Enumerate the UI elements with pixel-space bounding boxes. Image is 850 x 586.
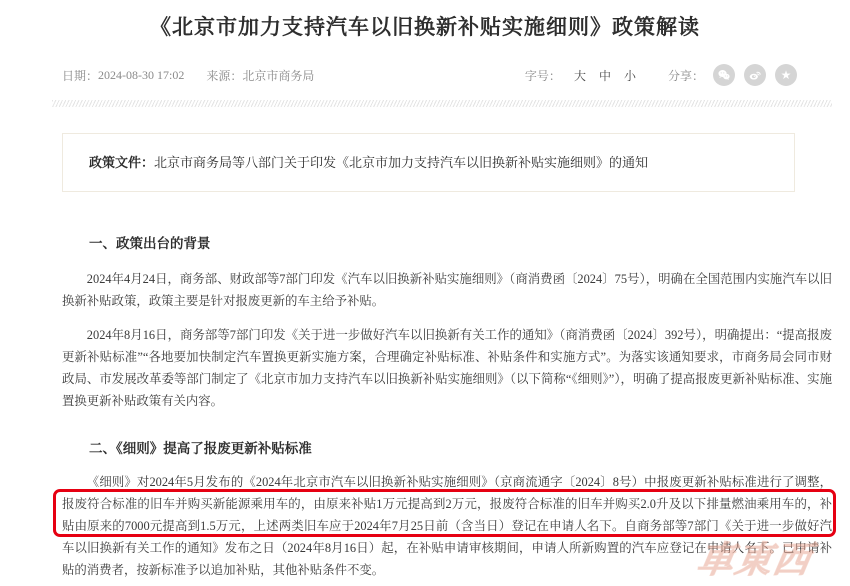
page-title: 《北京市加力支持汽车以旧换新补贴实施细则》政策解读: [0, 13, 850, 41]
share-weibo-button[interactable]: [744, 64, 766, 86]
section-1-paragraph-1: 2024年4月24日，商务部、财政部等7部门印发《汽车以旧换新补贴实施细则》（商…: [62, 268, 832, 312]
weibo-icon: [748, 68, 762, 82]
date-label: 日期：: [62, 67, 98, 84]
policy-file-link[interactable]: 北京市商务局等八部门关于印发《北京市加力支持汽车以旧换新补贴实施细则》的通知: [154, 155, 648, 170]
wechat-icon: [717, 68, 731, 82]
font-size-medium-button[interactable]: 中: [599, 67, 611, 84]
section-1-heading: 一、政策出台的背景: [62, 233, 832, 255]
article-content: 日期： 2024-08-30 17:02 来源： 北京市商务局 字号： 大 中 …: [62, 64, 832, 581]
meta-row: 日期： 2024-08-30 17:02 来源： 北京市商务局 字号： 大 中 …: [62, 64, 832, 86]
favorite-star-icon: ★: [781, 69, 792, 81]
paragraph-segment-after: 旧换新有关工作的通知》发布之日（2024年8月16日）起，在补贴申请审核期间，申…: [62, 541, 832, 577]
date-value: 2024-08-30 17:02: [98, 68, 184, 83]
font-size-label: 字号：: [525, 67, 561, 84]
policy-file-box: 政策文件：北京市商务局等八部门关于印发《北京市加力支持汽车以旧换新补贴实施细则》…: [62, 133, 795, 192]
hatched-divider: [52, 100, 832, 107]
font-size-small-button[interactable]: 小: [624, 67, 636, 84]
source-value: 北京市商务局: [242, 67, 314, 84]
source-label: 来源：: [206, 67, 242, 84]
article-page: 《北京市加力支持汽车以旧换新补贴实施细则》政策解读 日期： 2024-08-30…: [0, 0, 850, 586]
share-wechat-button[interactable]: [713, 64, 735, 86]
meta-right-group: 字号： 大 中 小 分享：: [525, 64, 797, 86]
paragraph-segment-before: 《细则》对2024年5月发布的《2024年北京市汽车以旧换新补贴实施细则》（京商…: [87, 475, 832, 489]
section-2-heading: 二、《细则》提高了报废更新补贴标准: [62, 438, 832, 460]
section-1-paragraph-2: 2024年8月16日，商务部等7部门印发《关于进一步做好汽车以旧换新有关工作的通…: [62, 324, 832, 412]
meta-left-group: 日期： 2024-08-30 17:02 来源： 北京市商务局: [62, 67, 336, 84]
share-label: 分享：: [668, 67, 704, 84]
section-2-paragraph-1: 《细则》对2024年5月发布的《2024年北京市汽车以旧换新补贴实施细则》（京商…: [62, 471, 832, 581]
share-favorite-button[interactable]: ★: [775, 64, 797, 86]
font-size-large-button[interactable]: 大: [574, 67, 586, 84]
policy-file-label: 政策文件：: [89, 155, 154, 170]
